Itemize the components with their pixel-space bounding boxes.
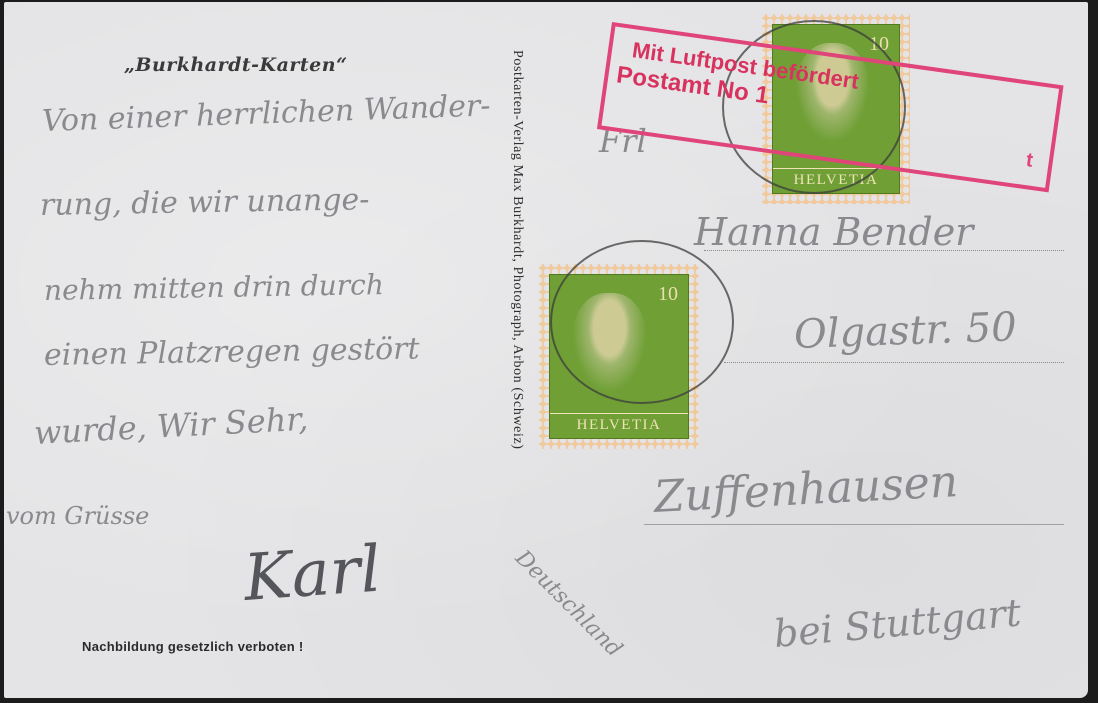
message-line-3: nehm mitten drin durch <box>44 268 384 307</box>
postmark-lower <box>550 240 734 404</box>
address-line-3 <box>644 524 1064 525</box>
message-line-1: Von einer herrlichen Wander- <box>41 88 491 139</box>
message-signature: Karl <box>241 533 383 616</box>
country-note: Deutschland <box>510 546 627 663</box>
message-greeting: vom Grüsse <box>6 502 149 530</box>
stamp-country: HELVETIA <box>550 413 688 434</box>
message-line-2: rung, die wir unange- <box>40 182 370 223</box>
message-line-4: einen Platzregen gestört <box>44 331 420 373</box>
address-city: bei Stuttgart <box>772 590 1023 655</box>
address-line-2 <box>724 362 1064 363</box>
copyright-notice: Nachbildung gesetzlich verboten ! <box>82 639 304 654</box>
cachet-line-3: t <box>1024 149 1034 173</box>
address-name: Hanna Bender <box>694 210 973 254</box>
publisher-imprint: Postkarten-Verlag Max Burkhardt, Photogr… <box>509 50 525 450</box>
series-title: „Burkhardt-Karten“ <box>124 54 348 76</box>
postcard-back: „Burkhardt-Karten“ Von einer herrlichen … <box>4 2 1088 698</box>
address-street: Olgastr. 50 <box>793 304 1017 358</box>
address-town: Zuffenhausen <box>653 456 960 523</box>
message-line-5: wurde, Wir Sehr, <box>33 400 309 452</box>
